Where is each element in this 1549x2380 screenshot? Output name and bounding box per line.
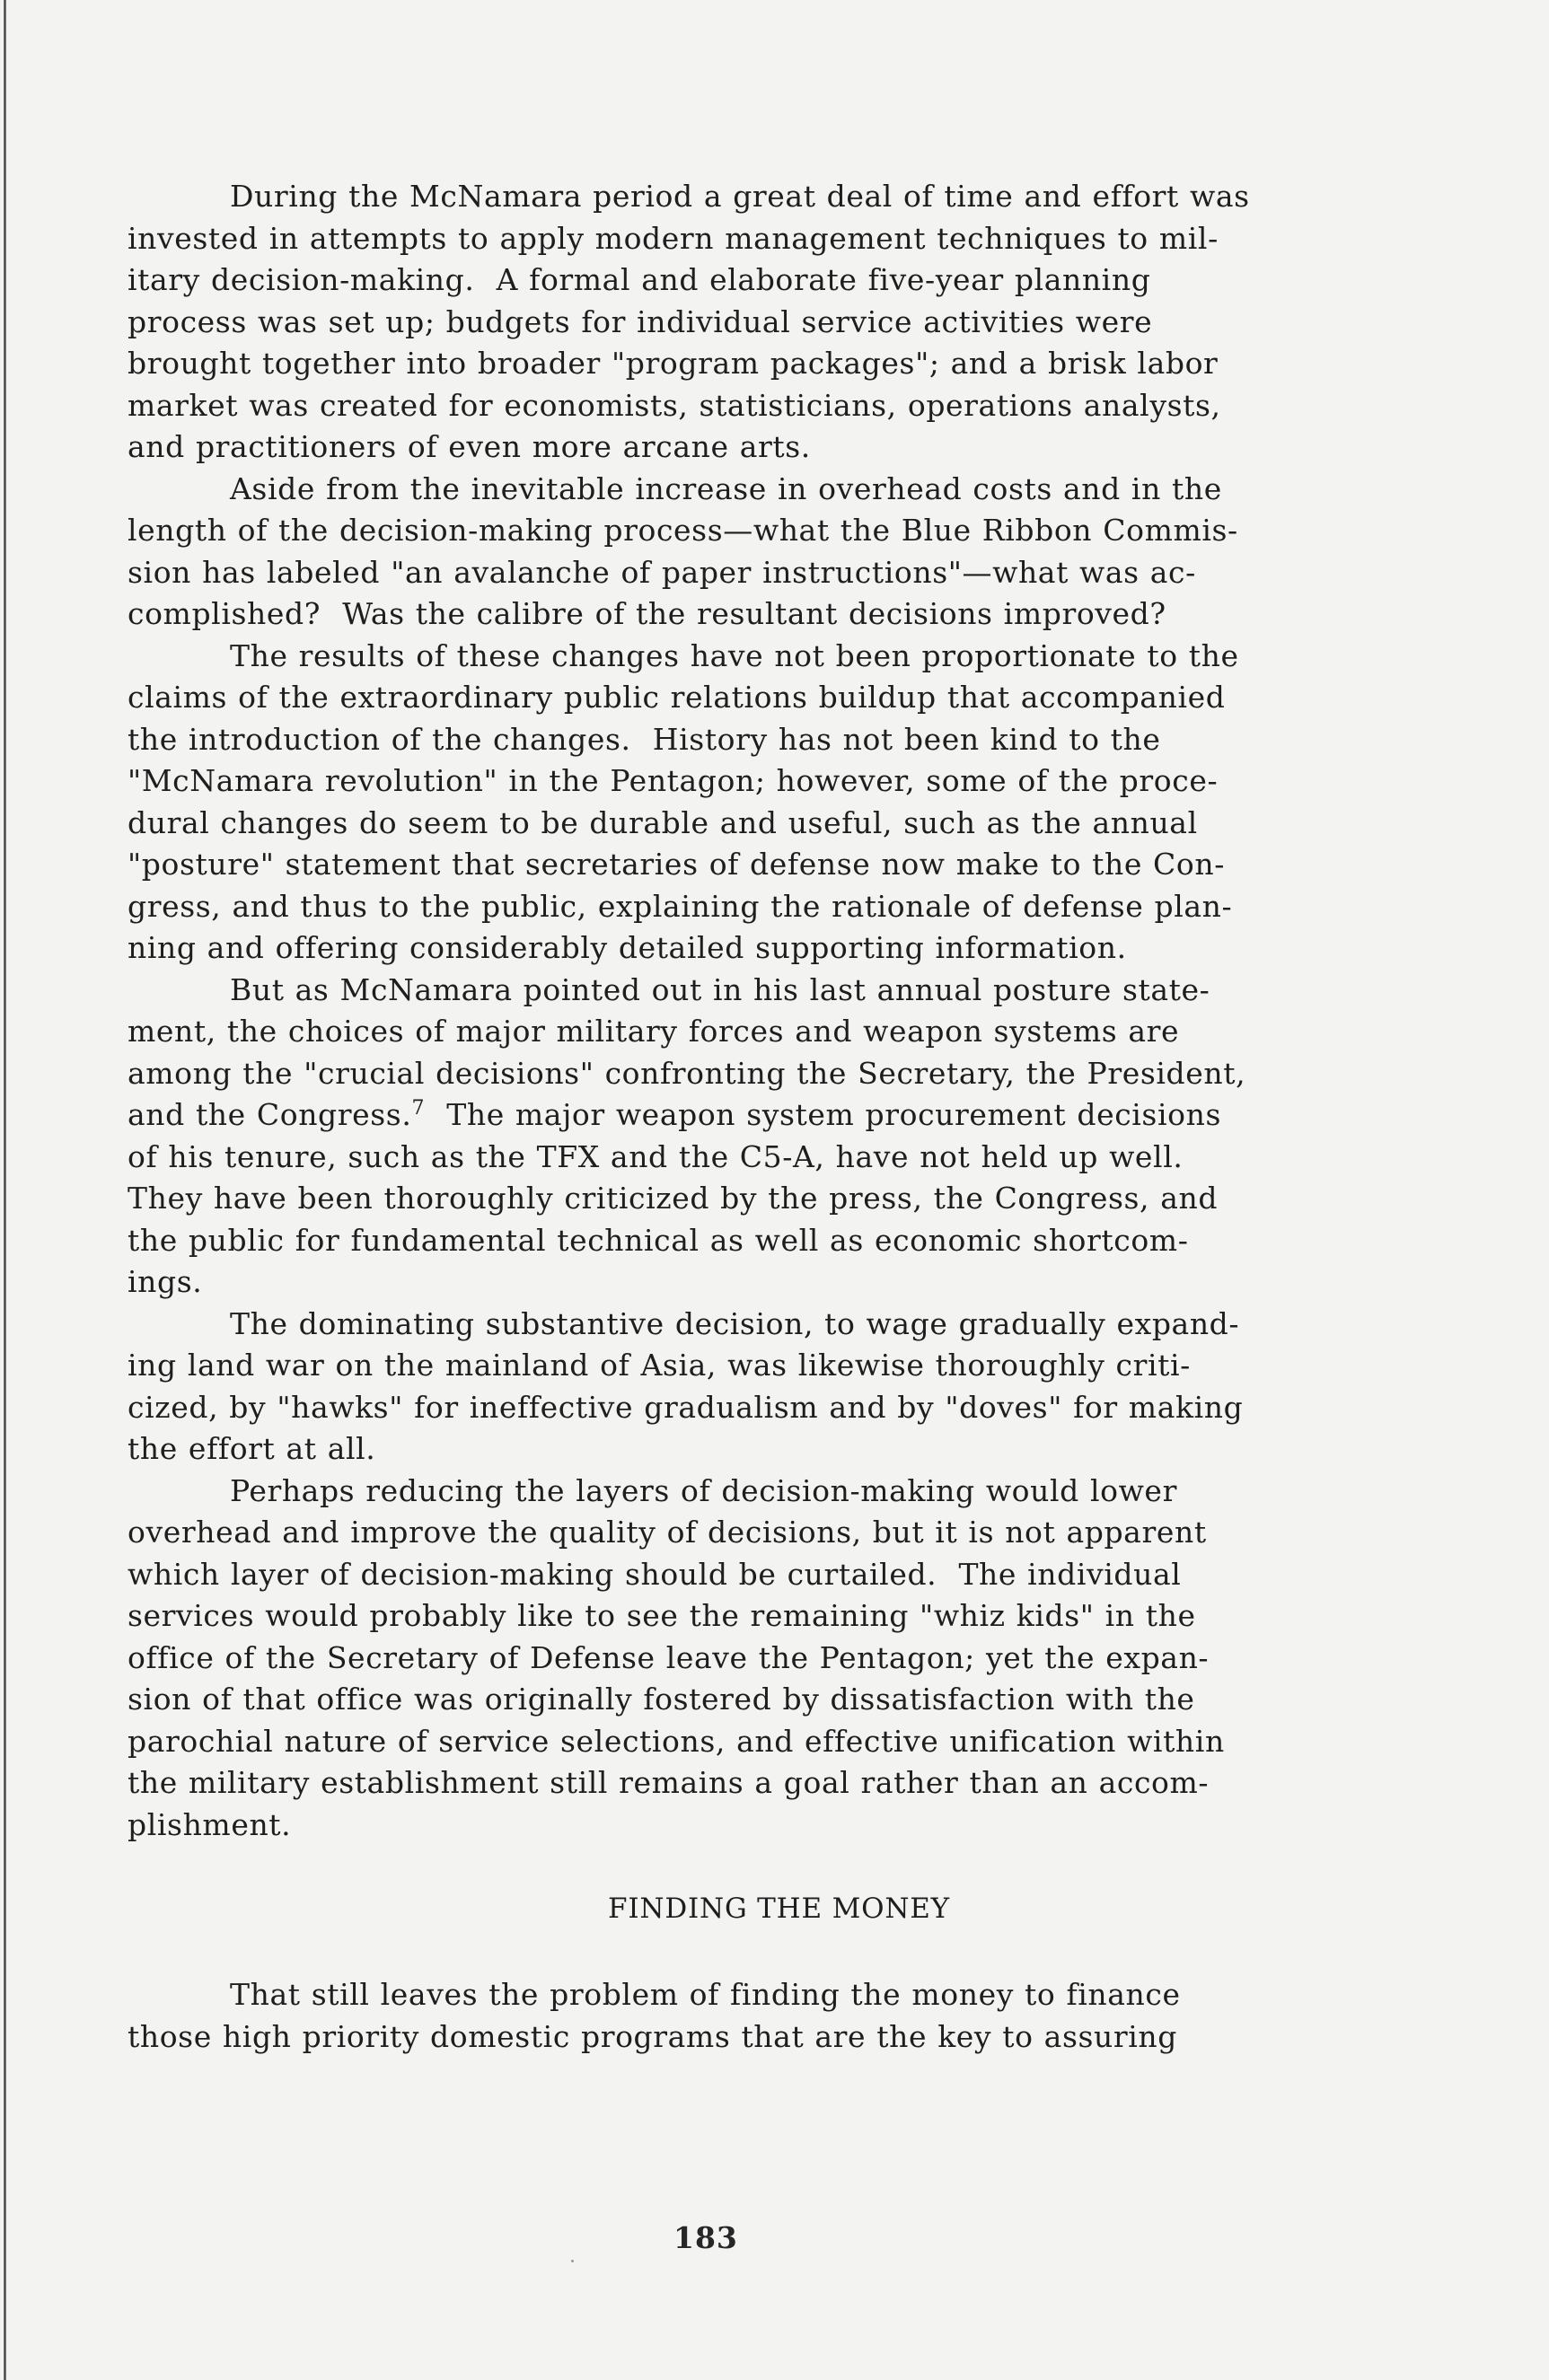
line-start-text: and the Congress. [128,1097,411,1132]
paragraph-2-line-1: Aside from the inevitable increase in ov… [230,469,1222,510]
paragraph-3-line-6: "posture" statement that secretaries of … [128,844,1225,885]
paragraph-5-line-3: cized, by "hawks" for ineffective gradua… [128,1387,1243,1428]
paragraph-1-line-7: and practitioners of even more arcane ar… [128,426,811,468]
paragraph-6-line-9: plishment. [128,1805,291,1846]
paper-speck [571,2260,574,2262]
paragraph-6-line-3: which layer of decision-making should be… [128,1554,1181,1595]
paragraph-6-line-4: services would probably like to see the … [128,1595,1196,1637]
paragraph-6-line-8: the military establishment still remains… [128,1762,1209,1804]
line-tail-text: The major weapon system procurement deci… [425,1097,1221,1132]
section-heading: FINDING THE MONEY [0,1891,1549,1927]
paragraph-3-line-3: the introduction of the changes. History… [128,719,1161,760]
section-heading-text: FINDING THE MONEY [608,1891,950,1927]
paragraph-6-line-6: sion of that office was originally foste… [128,1679,1195,1720]
paragraph-6-line-1: Perhaps reducing the layers of decision-… [230,1471,1177,1512]
paragraph-4-line-6: They have been thoroughly criticized by … [128,1178,1218,1219]
paragraph-3-line-5: dural changes do seem to be durable and … [128,803,1198,844]
paragraph-6-line-5: office of the Secretary of Defense leave… [128,1638,1209,1679]
paragraph-1-line-5: brought together into broader "program p… [128,343,1218,384]
paragraph-7-line-1: That still leaves the problem of finding… [230,1974,1181,2016]
paragraph-3-line-7: gress, and thus to the public, explainin… [128,886,1232,927]
paragraph-5-line-4: the effort at all. [128,1428,375,1470]
paragraph-3-line-4: "McNamara revolution" in the Pentagon; h… [128,760,1218,802]
paragraph-4-line-8: ings. [128,1261,202,1303]
paragraph-5-line-1: The dominating substantive decision, to … [230,1304,1239,1345]
paragraph-1-line-1: During the McNamara period a great deal … [230,176,1250,217]
paragraph-6-line-7: parochial nature of service selections, … [128,1721,1225,1762]
paragraph-4-line-7: the public for fundamental technical as … [128,1220,1188,1261]
paragraph-3-line-8: ning and offering considerably detailed … [128,927,1127,969]
page-number: 183 [673,2220,738,2256]
footnote-marker[interactable]: 7 [411,1097,425,1120]
paragraph-4-line-1: But as McNamara pointed out in his last … [230,970,1210,1011]
paragraph-5-line-2: ing land war on the mainland of Asia, wa… [128,1345,1191,1386]
paragraph-1-line-3: itary decision-making. A formal and elab… [128,259,1150,301]
book-page: During the McNamara period a great deal … [0,0,1549,2380]
paragraph-6-line-2: overhead and improve the quality of deci… [128,1512,1207,1553]
paragraph-3-line-2: claims of the extraordinary public relat… [128,677,1225,718]
paragraph-1-line-4: process was set up; budgets for individu… [128,302,1152,343]
paragraph-2-line-3: sion has labeled "an avalanche of paper … [128,552,1196,593]
paragraph-1-line-2: invested in attempts to apply modern man… [128,218,1219,259]
paragraph-1-line-6: market was created for economists, stati… [128,385,1221,426]
paragraph-4-line-4: and the Congress.7 The major weapon syst… [128,1094,1221,1136]
paragraph-7-line-2: those high priority domestic programs th… [128,2016,1177,2058]
paragraph-3-line-1: The results of these changes have not be… [230,636,1239,677]
paragraph-2-line-4: complished? Was the calibre of the resul… [128,593,1166,635]
paragraph-4-line-2: ment, the choices of major military forc… [128,1011,1179,1052]
paragraph-2-line-2: length of the decision-making process—wh… [128,510,1238,551]
paragraph-4-line-3: among the "crucial decisions" confrontin… [128,1053,1245,1094]
paragraph-4-line-5: of his tenure, such as the TFX and the C… [128,1137,1183,1178]
